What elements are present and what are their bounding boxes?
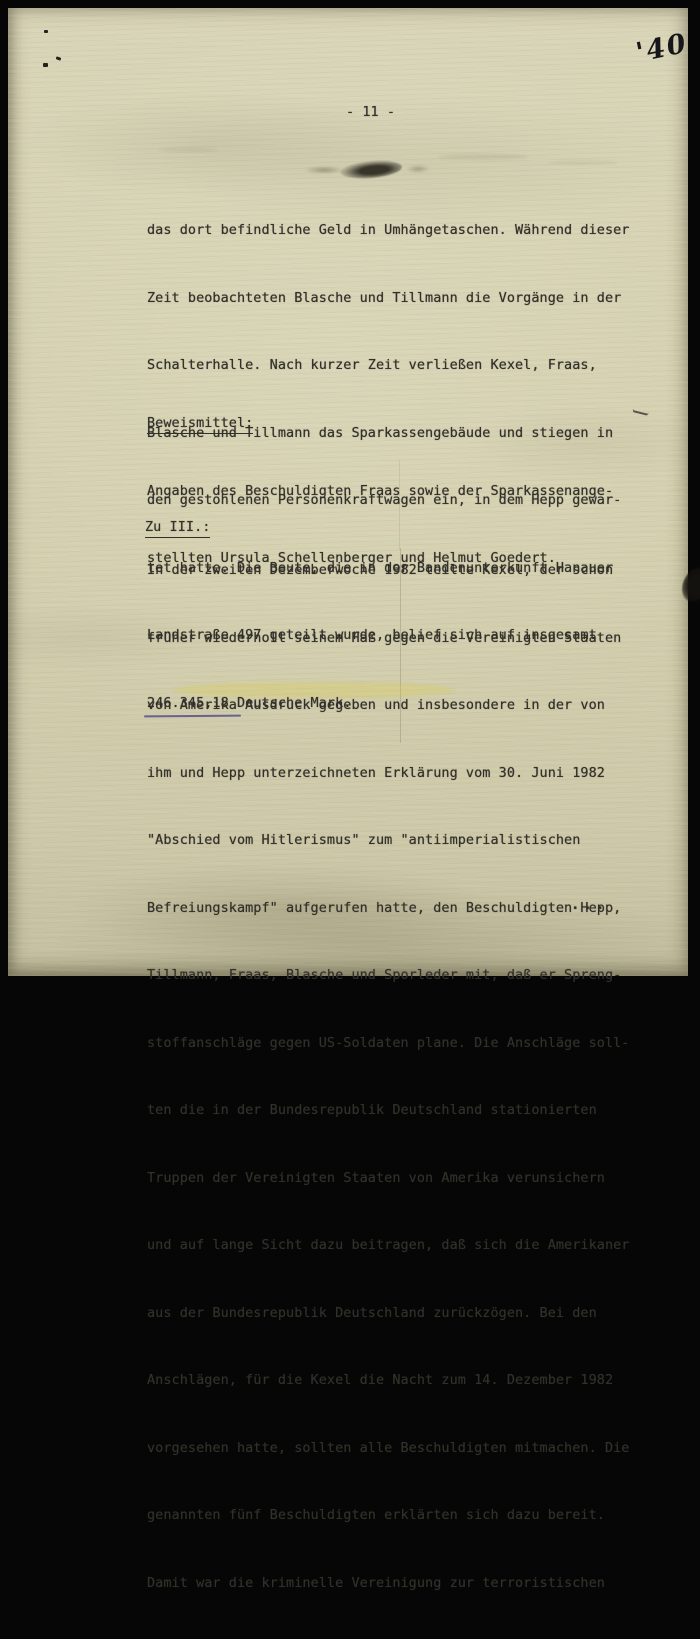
dust-speck (56, 56, 62, 61)
scan-streak (438, 154, 528, 160)
text-line: Zeit beobachteten Blasche und Tillmann d… (147, 287, 629, 310)
text-line: von Amerika Ausdruck gegeben und insbeso… (147, 694, 629, 717)
text-line: früher wiederholt seinem Haß gegen die V… (147, 627, 629, 650)
evidence-heading: Beweismittel: (147, 412, 613, 435)
continuation-dots: ... (571, 894, 608, 917)
scan-streak (158, 147, 218, 152)
page-number: - 11 - (346, 101, 395, 124)
evidence-heading-text: Beweismittel: (147, 415, 253, 434)
scan-streak (548, 160, 618, 165)
ink-smudge-dots (406, 165, 430, 173)
edge-ink-blob (679, 565, 700, 605)
text-line: Angaben des Beschuldigten Fraas sowie de… (147, 480, 613, 503)
ink-smudge-tail (304, 166, 344, 174)
text-line: In der zweiten Dezemberwoche 1982 teilte… (147, 559, 629, 582)
paragraph-planned-attacks: In der zweiten Dezemberwoche 1982 teilte… (147, 514, 629, 987)
text-line: Tillmann, Fraas, Blasche und Sporleder m… (147, 964, 629, 987)
scan-background: '40 - 11 - das dort befindliche Geld in … (0, 0, 700, 987)
text-line: "Abschied vom Hitlerismus" zum "antiimpe… (147, 829, 629, 852)
pen-squiggle (632, 404, 649, 416)
handwritten-folio-number: '40 (633, 26, 698, 69)
dust-speck (44, 30, 48, 33)
text-line: ihm und Hepp unterzeichneten Erklärung v… (147, 762, 629, 785)
text-line: Befreiungskampf" aufgerufen hatte, den B… (147, 897, 629, 920)
dust-speck (43, 63, 48, 67)
text-line: das dort befindliche Geld in Umhängetasc… (147, 219, 629, 242)
